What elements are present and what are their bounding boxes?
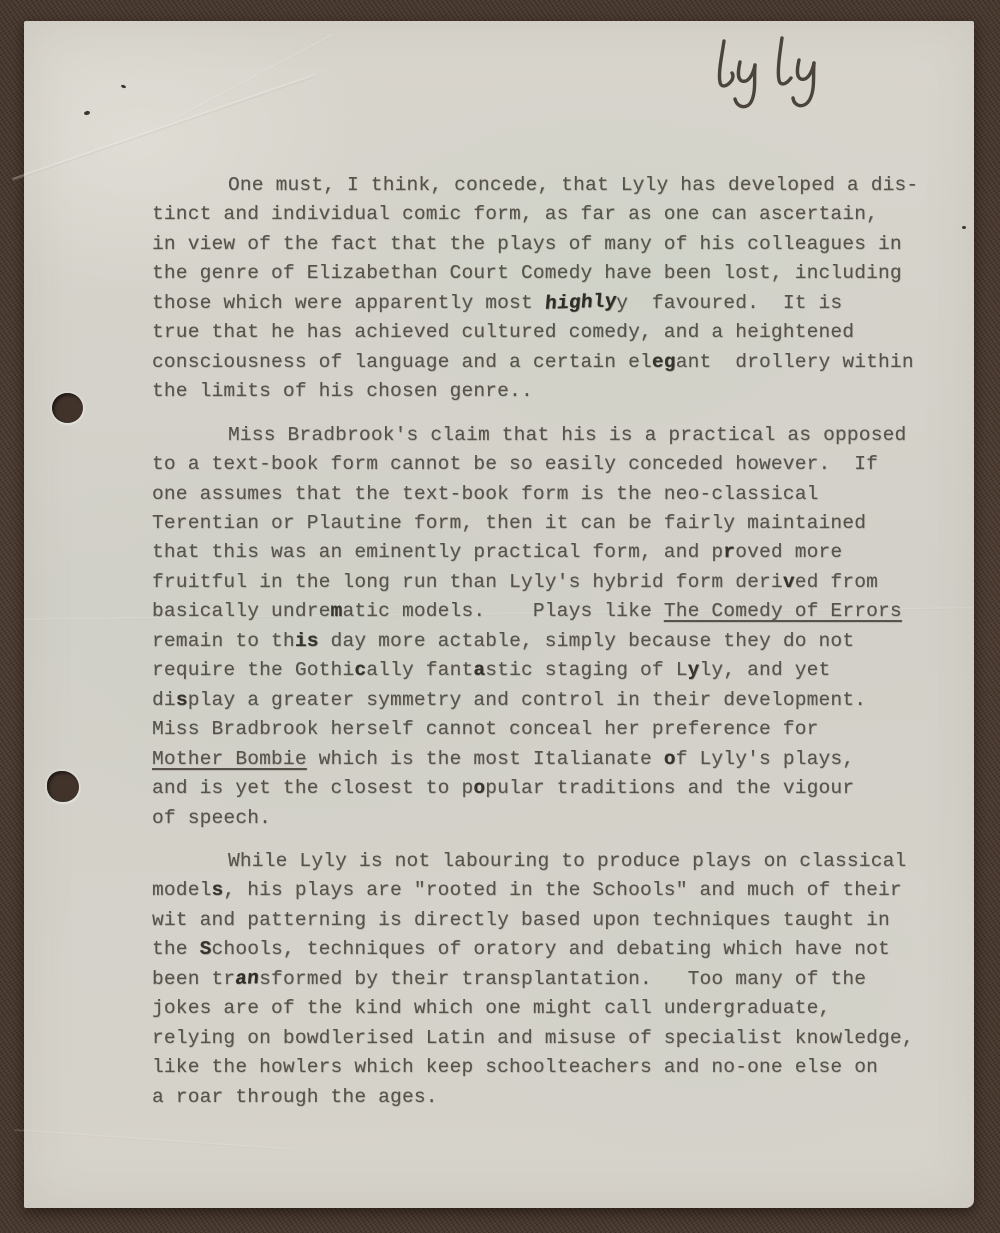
photo-mount-background: { "annotation": { "text": "Lyly" }, "col… [0, 0, 1000, 1233]
punch-hole-top [52, 393, 83, 423]
typed-segment: tinct and individual comic form, as far … [152, 203, 878, 225]
overtyped-correction: s [212, 879, 224, 901]
overtyped-correction: y [688, 659, 700, 681]
handwriting-lyly-strokes [702, 27, 842, 122]
typed-segment: sformed by their transplantation. Too ma… [259, 968, 866, 990]
overtyped-correction: is [295, 630, 319, 652]
ink-speck [84, 110, 91, 115]
ink-speck [121, 84, 127, 89]
text-line: true that he has achieved cultured comed… [152, 318, 952, 347]
text-line: the Schools, techniques of oratory and d… [152, 935, 952, 964]
paper-crease [174, 34, 334, 120]
paper-crease [12, 74, 316, 181]
text-line: jokes are of the kind which one might ca… [152, 994, 952, 1023]
text-line: consciousness of language and a certain … [152, 348, 952, 377]
typed-segment: ally fant [366, 659, 473, 681]
overtyped-correction: v [783, 571, 795, 593]
text-line: models, his plays are "rooted in the Sch… [152, 876, 952, 905]
typed-segment: that this was an eminently practical for… [152, 541, 723, 563]
overtyped-correction: eg [652, 351, 676, 373]
typed-segment: model [152, 879, 212, 901]
overtyped-correction: m [331, 600, 343, 622]
text-line: While Lyly is not labouring to produce p… [152, 847, 952, 876]
typed-segment: consciousness of language and a certain … [152, 351, 652, 373]
overtyped-correction: o [473, 777, 485, 799]
document-page: Lyly One must, I think, concede, that Ly… [24, 21, 974, 1208]
typed-segment: a roar through the ages. [152, 1086, 438, 1108]
paragraph: While Lyly is not labouring to produce p… [152, 847, 952, 1112]
text-line: Mother Bombie which is the most Italiana… [152, 745, 952, 774]
overtyped-correction: a [473, 659, 485, 681]
typed-segment: One must, I think, concede, that Lyly ha… [228, 174, 918, 196]
text-line: like the howlers which keep schoolteache… [152, 1053, 952, 1082]
typed-segment: di [152, 689, 176, 711]
typed-segment: ly, and yet [700, 659, 831, 681]
typed-segment: day more actable, simply because they do… [319, 630, 855, 652]
typed-segment: Miss Bradbrook's claim that his is a pra… [228, 424, 906, 446]
typed-segment: to a text-book form cannot be so easily … [152, 453, 878, 475]
text-line: remain to this day more actable, simply … [152, 627, 952, 656]
typed-segment: jokes are of the kind which one might ca… [152, 997, 830, 1019]
text-line: a roar through the ages. [152, 1083, 952, 1112]
underlined-title: Mother Bombie [152, 748, 307, 770]
typed-segment: basically undre [152, 600, 331, 622]
typed-segment: Miss Bradbrook herself cannot conceal he… [152, 718, 819, 740]
typed-segment: the genre of Elizabethan Court Comedy ha… [152, 262, 902, 284]
typed-segment: and is yet the closest to p [152, 777, 473, 799]
text-line: that this was an eminently practical for… [152, 538, 952, 567]
typed-segment: atic models. Plays like [342, 600, 663, 622]
text-line: display a greater symmetry and control i… [152, 686, 952, 715]
text-line: Miss Bradbrook herself cannot conceal he… [152, 715, 952, 744]
overtyped-correction: S [200, 938, 212, 960]
typed-segment: oved more [735, 541, 842, 563]
typed-segment: wit and patterning is directly based upo… [152, 909, 890, 931]
typed-segment: those which were apparently most [152, 292, 545, 314]
text-line: those which were apparently most highlyy… [152, 289, 952, 318]
typed-segment: y favoured. It is [616, 292, 842, 314]
text-line: of speech. [152, 804, 952, 833]
text-line: the limits of his chosen genre.. [152, 377, 952, 406]
ink-speck [962, 226, 966, 229]
text-line: Terentian or Plautine form, then it can … [152, 509, 952, 538]
typed-segment: stic staging of L [485, 659, 687, 681]
typed-segment: Terentian or Plautine form, then it can … [152, 512, 866, 534]
typed-segment: like the howlers which keep schoolteache… [152, 1056, 878, 1078]
text-line: basically undrematic models. Plays like … [152, 597, 952, 626]
text-line: in view of the fact that the plays of ma… [152, 230, 952, 259]
overtyped-correction: r [723, 541, 735, 563]
typed-text: One must, I think, concede, that Lyly ha… [152, 171, 952, 1112]
typed-segment: fruitful in the long run than Lyly's hyb… [152, 571, 783, 593]
overtyped-correction: s [176, 689, 188, 711]
handwritten-correction: highly [543, 287, 617, 319]
typed-segment: ant drollery within [676, 351, 914, 373]
text-line: Miss Bradbrook's claim that his is a pra… [152, 421, 952, 450]
typed-segment: the limits of his chosen genre.. [152, 380, 533, 402]
text-line: relying on bowdlerised Latin and misuse … [152, 1024, 952, 1053]
underlined-title: The Comedy of Errors [664, 600, 902, 622]
paragraph: Miss Bradbrook's claim that his is a pra… [152, 421, 952, 833]
text-line: one assumes that the text-book form is t… [152, 480, 952, 509]
typed-segment: f Lyly's plays, [676, 748, 855, 770]
typed-segment: of speech. [152, 807, 271, 829]
text-line: wit and patterning is directly based upo… [152, 906, 952, 935]
paragraph: One must, I think, concede, that Lyly ha… [152, 171, 952, 407]
typed-segment: chools, techniques of oratory and debati… [212, 938, 890, 960]
overtyped-correction: c [354, 659, 366, 681]
text-line: fruitful in the long run than Lyly's hyb… [152, 568, 952, 597]
paper-crease [14, 1129, 293, 1151]
text-line: been transformed by their transplantatio… [152, 965, 952, 994]
text-line: tinct and individual comic form, as far … [152, 200, 952, 229]
typed-segment: , his plays are "rooted in the Schools" … [223, 879, 901, 901]
text-line: and is yet the closest to popular tradit… [152, 774, 952, 803]
typed-segment: ed from [795, 571, 878, 593]
typed-segment: in view of the fact that the plays of ma… [152, 233, 902, 255]
typed-segment: While Lyly is not labouring to produce p… [228, 850, 906, 872]
text-line: require the Gothically fantastic staging… [152, 656, 952, 685]
typed-segment: require the Gothi [152, 659, 354, 681]
typed-segment: remain to th [152, 630, 295, 652]
handwritten-annotation: Lyly [702, 27, 842, 122]
text-line: One must, I think, concede, that Lyly ha… [152, 171, 952, 200]
punch-hole-bottom [47, 771, 79, 802]
handwritten-correction: an [234, 964, 260, 994]
typed-segment: play a greater symmetry and control in t… [188, 689, 866, 711]
typed-segment: been tr [152, 968, 235, 990]
overtyped-correction: o [664, 748, 676, 770]
typed-segment: pular traditions and the vigour [485, 777, 854, 799]
text-line: the genre of Elizabethan Court Comedy ha… [152, 259, 952, 288]
typed-segment: relying on bowdlerised Latin and misuse … [152, 1027, 914, 1049]
typed-segment: the [152, 938, 200, 960]
text-line: to a text-book form cannot be so easily … [152, 450, 952, 479]
typed-segment: true that he has achieved cultured comed… [152, 321, 854, 343]
typed-segment: one assumes that the text-book form is t… [152, 483, 819, 505]
typed-segment: which is the most Italianate [307, 748, 664, 770]
